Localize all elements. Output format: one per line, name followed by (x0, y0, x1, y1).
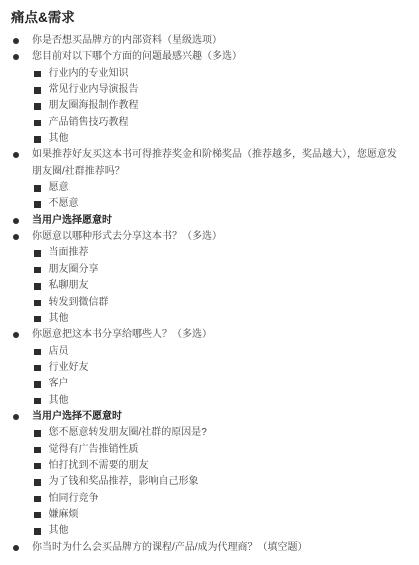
list-item: 你愿意以哪种形式去分享这本书？（多选） (11, 229, 409, 245)
bullet-circle-icon (13, 54, 19, 60)
bullet-square-icon (34, 463, 41, 470)
bullet-circle-icon (13, 152, 19, 158)
bullet-square-icon (34, 87, 41, 94)
bullet-square-icon (34, 120, 41, 127)
bullet-square-icon (34, 430, 41, 437)
bullet-square-icon (34, 103, 41, 110)
bullet-square-icon (34, 136, 41, 143)
list-item: 你愿意把这本书分享给哪些人？（多选） (11, 327, 409, 343)
list-item: 其他 (11, 131, 409, 147)
bullet-square-icon (34, 316, 41, 323)
list-item: 行业好友 (11, 360, 409, 376)
list-item: 转发到微信群 (11, 295, 409, 311)
list-item: 怕同行竞争 (11, 491, 409, 507)
outline-list: 你是否想买品牌方的内部资料（星级选项）您目前对以下哪个方面的问题最感兴趣（多选）… (11, 33, 409, 556)
bullet-square-icon (34, 479, 41, 486)
bullet-square-icon (34, 71, 41, 78)
list-item-text: 私聊朋友 (49, 278, 394, 294)
bullet-square-icon (34, 447, 41, 454)
list-item: 您不愿意转发朋友圈/社群的原因是? (11, 425, 409, 441)
bullet-circle-icon (13, 234, 19, 240)
list-item: 您目前对以下哪个方面的问题最感兴趣（多选） (11, 49, 409, 65)
list-item: 当用户选择愿意时 (11, 213, 409, 229)
list-item-text: 如果推荐好友买这本书可得推荐奖金和阶梯奖品（推荐越多，奖品越大），您愿意发朋友圈… (32, 147, 400, 180)
list-item-text: 怕同行竞争 (49, 491, 394, 507)
list-item: 其他 (11, 523, 409, 539)
bullet-circle-icon (13, 545, 19, 551)
list-item-text: 店员 (49, 344, 394, 360)
list-item-text: 转发到微信群 (49, 295, 394, 311)
bullet-square-icon (34, 267, 41, 274)
list-item: 常见行业内导演报告 (11, 82, 409, 98)
list-item-text: 行业内的专业知识 (49, 66, 394, 82)
list-item: 私聊朋友 (11, 278, 409, 294)
bullet-square-icon (34, 300, 41, 307)
list-item-text: 愿意 (49, 180, 394, 196)
list-item: 怕打扰到不需要的朋友 (11, 458, 409, 474)
list-item-text: 你当时为什么会买品牌方的课程/产品/成为代理商？（填空题） (32, 540, 400, 556)
bullet-square-icon (34, 512, 41, 519)
list-item: 你是否想买品牌方的内部资料（星级选项） (11, 33, 409, 49)
list-item-text: 你愿意把这本书分享给哪些人？（多选） (32, 327, 400, 343)
list-item-text: 其他 (49, 393, 394, 409)
list-item: 你当时为什么会买品牌方的课程/产品/成为代理商？（填空题） (11, 540, 409, 556)
list-item-text: 朋友圈分享 (49, 262, 394, 278)
list-item: 觉得有广告推销性质 (11, 442, 409, 458)
list-item-text: 你是否想买品牌方的内部资料（星级选项） (32, 33, 400, 49)
list-item-text: 您目前对以下哪个方面的问题最感兴趣（多选） (32, 49, 400, 65)
list-item-text: 其他 (49, 131, 394, 147)
list-item: 行业内的专业知识 (11, 66, 409, 82)
list-item: 其他 (11, 311, 409, 327)
list-item: 朋友圈海报制作教程 (11, 98, 409, 114)
bullet-circle-icon (13, 218, 19, 224)
list-item: 为了钱和奖品推荐，影响自己形象 (11, 474, 409, 490)
list-item: 愿意 (11, 180, 409, 196)
list-item-text: 不愿意 (49, 196, 394, 212)
bullet-square-icon (34, 349, 41, 356)
list-item-text: 行业好友 (49, 360, 394, 376)
list-item-text: 怕打扰到不需要的朋友 (49, 458, 394, 474)
bullet-square-icon (34, 185, 41, 192)
bullet-square-icon (34, 398, 41, 405)
list-item-text: 朋友圈海报制作教程 (49, 98, 394, 114)
list-item: 客户 (11, 376, 409, 392)
list-item: 朋友圈分享 (11, 262, 409, 278)
list-item-text: 其他 (49, 523, 394, 539)
bullet-circle-icon (13, 414, 19, 420)
list-item-text: 你愿意以哪种形式去分享这本书？（多选） (32, 229, 400, 245)
list-item-text: 为了钱和奖品推荐，影响自己形象 (49, 474, 394, 490)
list-item-text: 当面推荐 (49, 245, 394, 261)
list-item: 产品销售技巧教程 (11, 115, 409, 131)
list-item: 嫌麻烦 (11, 507, 409, 523)
list-item: 其他 (11, 393, 409, 409)
list-item: 当面推荐 (11, 245, 409, 261)
list-item-text: 觉得有广告推销性质 (49, 442, 394, 458)
list-item-text: 其他 (49, 311, 394, 327)
list-item-text: 当用户选择不愿意时 (32, 409, 400, 425)
bullet-square-icon (34, 496, 41, 503)
list-item: 如果推荐好友买这本书可得推荐奖金和阶梯奖品（推荐越多，奖品越大），您愿意发朋友圈… (11, 147, 409, 180)
bullet-square-icon (34, 381, 41, 388)
bullet-square-icon (34, 528, 41, 535)
page-title: 痛点&需求 (11, 9, 409, 26)
bullet-square-icon (34, 365, 41, 372)
list-item-text: 产品销售技巧教程 (49, 115, 394, 131)
list-item-text: 当用户选择愿意时 (32, 213, 400, 229)
bullet-circle-icon (13, 332, 19, 338)
bullet-square-icon (34, 283, 41, 290)
document-page: 痛点&需求 你是否想买品牌方的内部资料（星级选项）您目前对以下哪个方面的问题最感… (0, 0, 419, 556)
bullet-square-icon (34, 201, 41, 208)
list-item-text: 您不愿意转发朋友圈/社群的原因是? (49, 425, 394, 441)
list-item: 店员 (11, 344, 409, 360)
list-item: 当用户选择不愿意时 (11, 409, 409, 425)
list-item-text: 嫌麻烦 (49, 507, 394, 523)
list-item-text: 客户 (49, 376, 394, 392)
bullet-square-icon (34, 250, 41, 257)
list-item: 不愿意 (11, 196, 409, 212)
bullet-circle-icon (13, 38, 19, 44)
list-item-text: 常见行业内导演报告 (49, 82, 394, 98)
